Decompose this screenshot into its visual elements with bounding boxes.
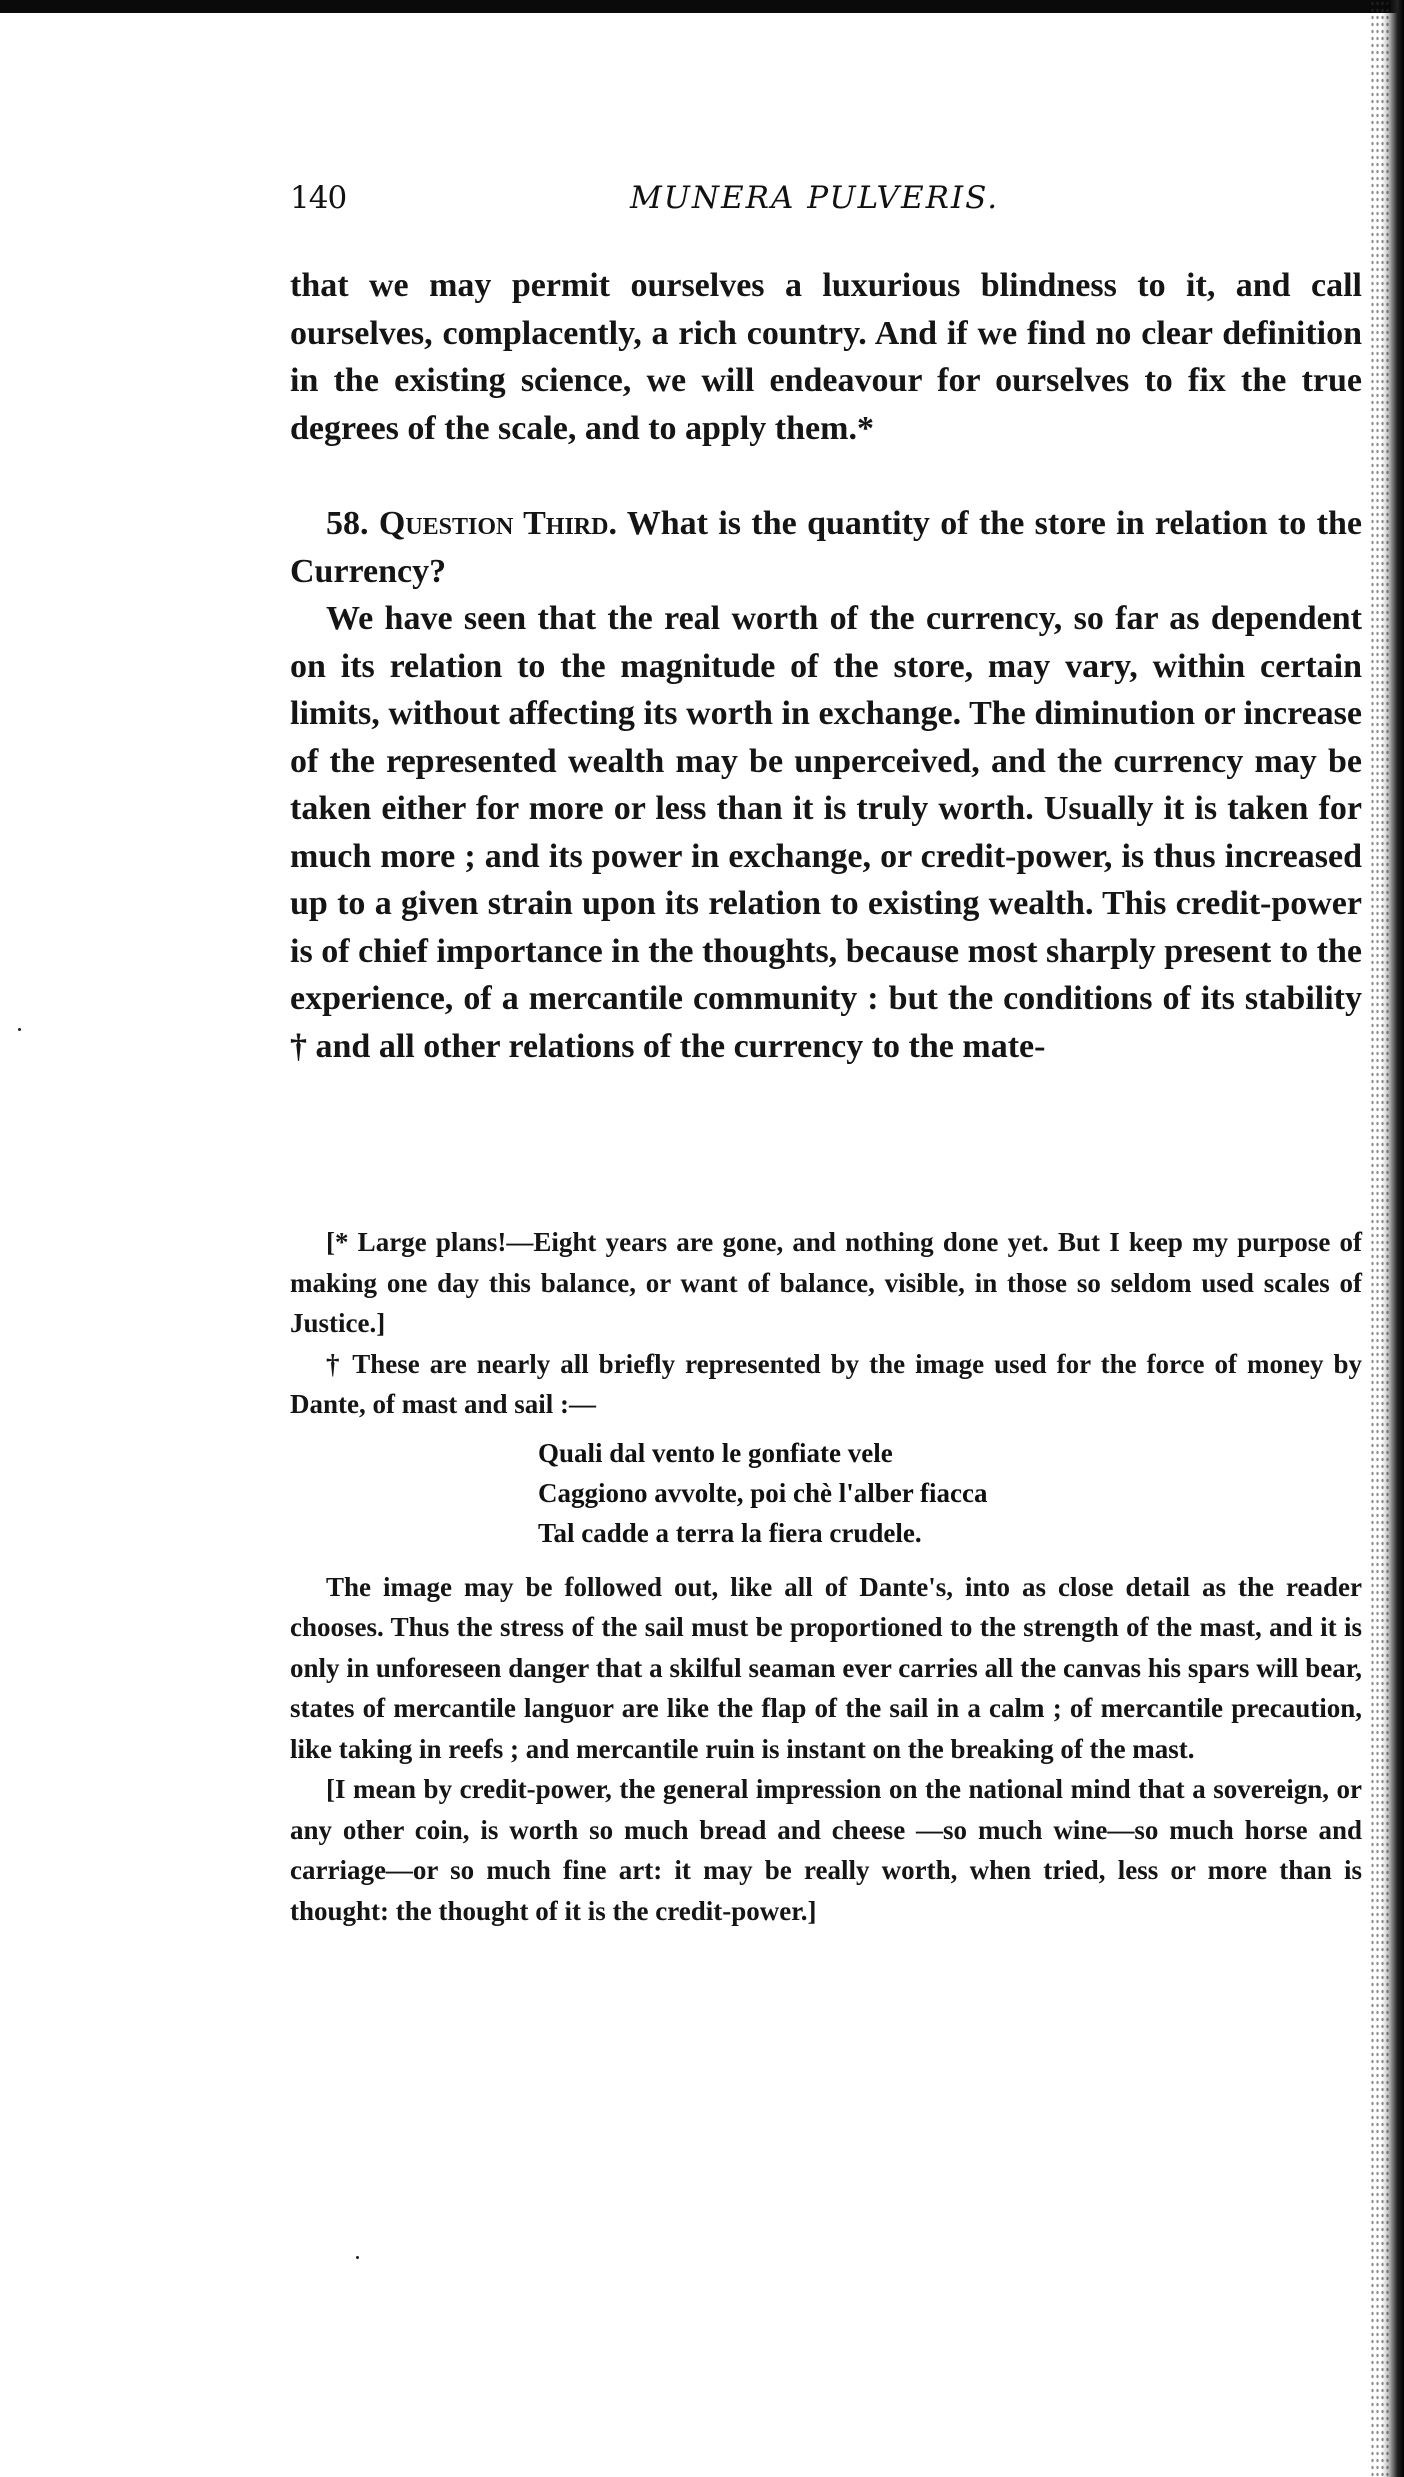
body-paragraph: We have seen that the real worth of the …: [290, 595, 1362, 1070]
scan-right-border: [1382, 0, 1404, 2477]
running-head: 140 MUNERA PULVERIS.: [290, 180, 1362, 220]
footnote-dagger: † These are nearly all briefly represent…: [290, 1344, 1362, 1425]
continuation-paragraph: that we may permit ourselves a luxurious…: [290, 262, 1362, 452]
scan-speck: [18, 1028, 21, 1031]
section-number: 58.: [326, 505, 369, 542]
scan-top-border: [0, 0, 1404, 13]
verse-line: Tal cadde a terra la fiera crudele.: [538, 1513, 1362, 1553]
verse-line: Quali dal vento le gonfiate vele: [538, 1433, 1362, 1473]
scan-speck: [356, 2256, 359, 2259]
main-text: that we may permit ourselves a luxurious…: [290, 262, 1362, 1070]
verse-line: Caggiono avvolte, poi chè l'alber fiacca: [538, 1473, 1362, 1513]
footnotes: [* Large plans!—Eight years are gone, an…: [290, 1222, 1362, 1931]
running-title: MUNERA PULVERIS.: [630, 180, 999, 216]
section-heading: Question Third.: [379, 505, 617, 542]
footnote-star: [* Large plans!—Eight years are gone, an…: [290, 1222, 1362, 1344]
page-number: 140: [290, 180, 346, 216]
footnote-bracket: [I mean by credit-power, the general imp…: [290, 1769, 1362, 1931]
section-heading-paragraph: 58. Question Third. What is the quantity…: [290, 500, 1362, 595]
footnote-dagger-continuation: The image may be followed out, like all …: [290, 1567, 1362, 1770]
dante-verse: Quali dal vento le gonfiate vele Caggion…: [538, 1433, 1362, 1553]
